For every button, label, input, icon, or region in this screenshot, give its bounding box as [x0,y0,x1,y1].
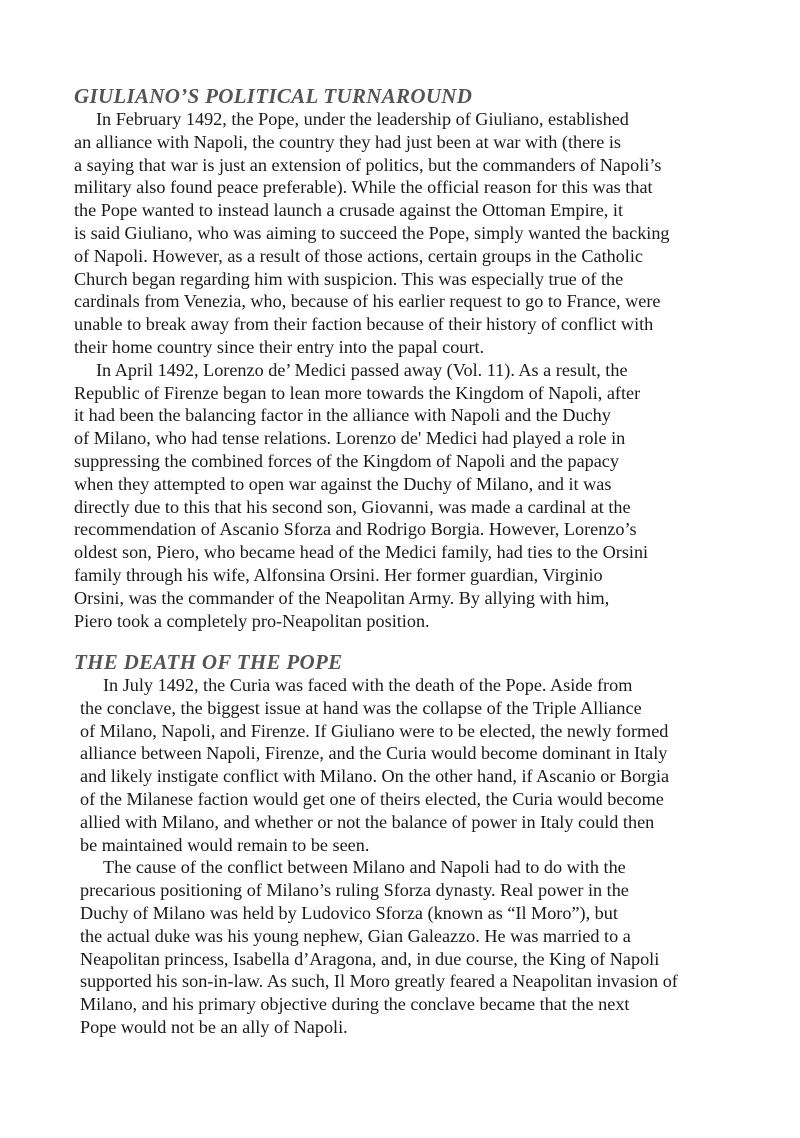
text-line: Orsini, was the commander of the Neapoli… [74,587,670,610]
section-giuliano-political-turnaround: GIULIANO’S POLITICAL TURNAROUND In Febru… [74,84,670,632]
text-line: suppressing the combined forces of the K… [74,450,670,473]
paragraph: In April 1492, Lorenzo de’ Medici passed… [74,359,670,633]
text-line: the Pope wanted to instead launch a crus… [74,199,670,222]
text-line: be maintained would remain to be seen. [74,834,678,857]
text-line: Republic of Firenze began to lean more t… [74,382,670,405]
text-line: allied with Milano, and whether or not t… [74,811,678,834]
text-line: when they attempted to open war against … [74,473,670,496]
text-line: alliance between Napoli, Firenze, and th… [74,742,678,765]
section-heading: GIULIANO’S POLITICAL TURNAROUND [74,84,670,108]
text-line: Pope would not be an ally of Napoli. [74,1016,678,1039]
text-line: a saying that war is just an extension o… [74,154,670,177]
text-line: of Milano, Napoli, and Firenze. If Giuli… [74,720,678,743]
text-line: of the Milanese faction would get one of… [74,788,678,811]
text-line: is said Giuliano, who was aiming to succ… [74,222,670,245]
text-line: In April 1492, Lorenzo de’ Medici passed… [74,359,670,382]
text-line: The cause of the conflict between Milano… [74,856,678,879]
paragraph: The cause of the conflict between Milano… [74,856,678,1038]
text-line: In February 1492, the Pope, under the le… [74,108,670,131]
paragraph: In July 1492, the Curia was faced with t… [74,674,678,856]
text-line: family through his wife, Alfonsina Orsin… [74,564,670,587]
text-line: and likely instigate conflict with Milan… [74,765,678,788]
text-line: unable to break away from their faction … [74,313,670,336]
text-line: Milano, and his primary objective during… [74,993,678,1016]
text-line: Neapolitan princess, Isabella d’Aragona,… [74,948,678,971]
text-line: oldest son, Piero, who became head of th… [74,541,670,564]
text-line: their home country since their entry int… [74,336,670,359]
text-line: of Milano, who had tense relations. Lore… [74,427,670,450]
text-line: precarious positioning of Milano’s rulin… [74,879,678,902]
text-line: military also found peace preferable). W… [74,176,670,199]
text-line: cardinals from Venezia, who, because of … [74,290,670,313]
text-line: recommendation of Ascanio Sforza and Rod… [74,518,670,541]
text-line: Duchy of Milano was held by Ludovico Sfo… [74,902,678,925]
text-line: of Napoli. However, as a result of those… [74,245,670,268]
text-line: In July 1492, the Curia was faced with t… [74,674,678,697]
section-heading: THE DEATH OF THE POPE [74,650,678,674]
text-line: the actual duke was his young nephew, Gi… [74,925,678,948]
section-death-of-the-pope: THE DEATH OF THE POPE In July 1492, the … [74,650,678,1039]
text-line: supported his son-in-law. As such, Il Mo… [74,970,678,993]
text-line: Piero took a completely pro-Neapolitan p… [74,610,670,633]
text-line: directly due to this that his second son… [74,496,670,519]
text-line: it had been the balancing factor in the … [74,404,670,427]
text-line: the conclave, the biggest issue at hand … [74,697,678,720]
paragraph: In February 1492, the Pope, under the le… [74,108,670,359]
text-line: Church began regarding him with suspicio… [74,268,670,291]
text-line: an alliance with Napoli, the country the… [74,131,670,154]
